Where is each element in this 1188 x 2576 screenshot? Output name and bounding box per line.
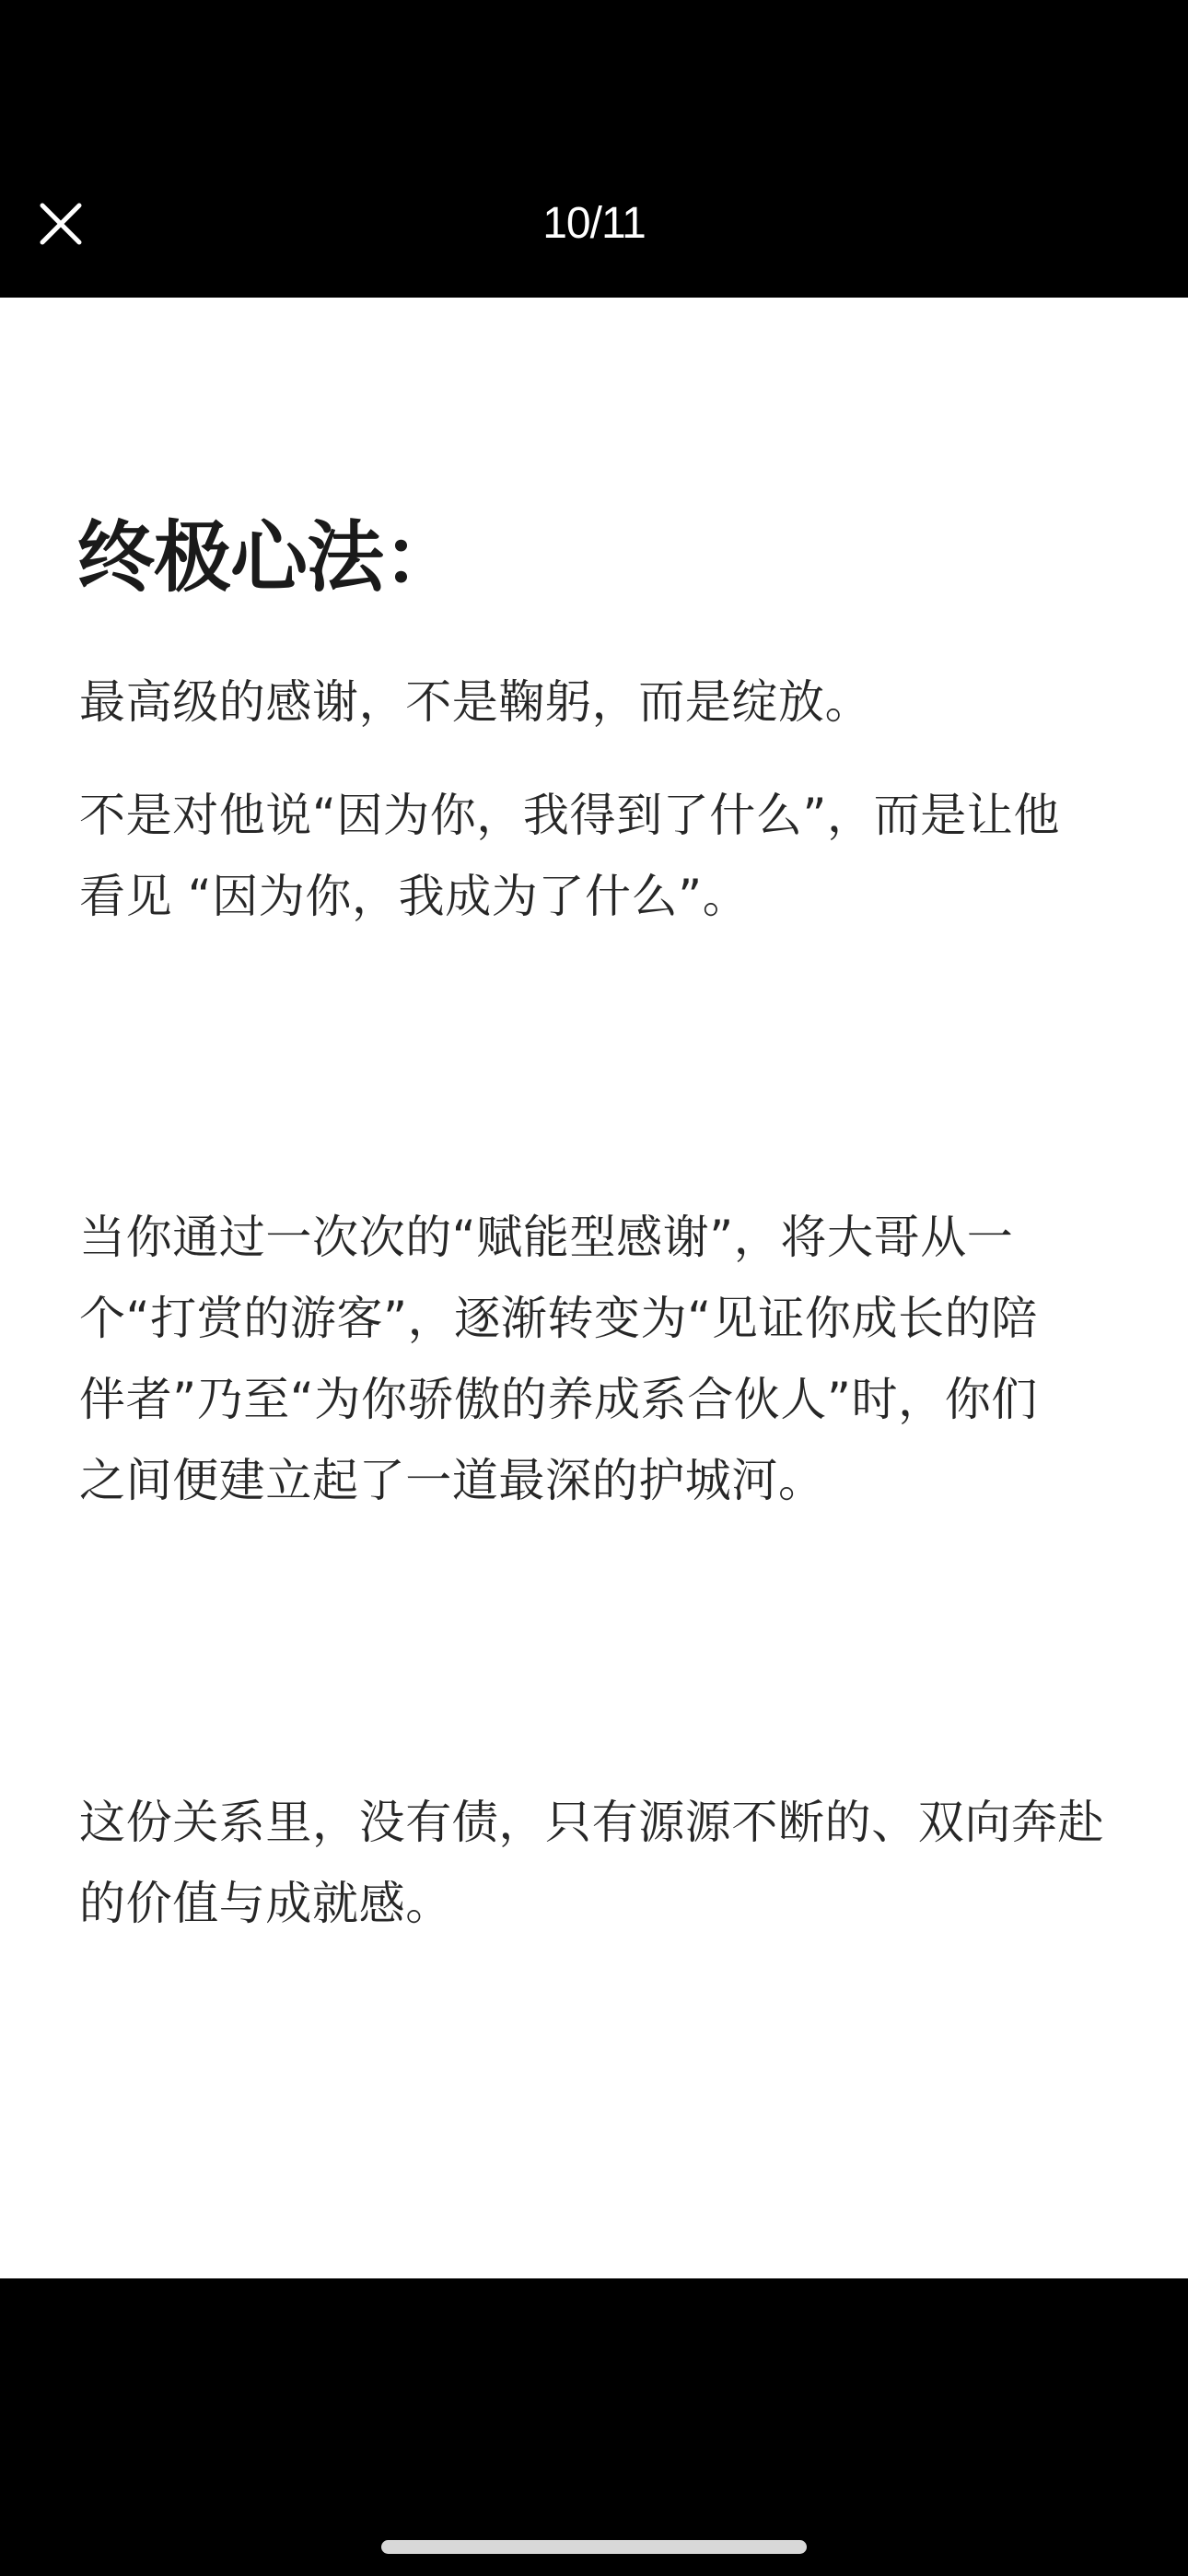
paragraph-1: 最高级的感谢，不是鞠躬，而是绽放。 <box>79 662 1114 743</box>
text-line: 不是对他说“因为你，我得到了什么”，而是让他 <box>79 775 1114 856</box>
text-line: 看见 “因为你，我成为了什么”。 <box>79 856 1114 937</box>
paragraph-4: 这份关系里，没有债，只有源源不断的、双向奔赴 的价值与成就感。 <box>79 1782 1114 1944</box>
text-line: 最高级的感谢，不是鞠躬，而是绽放。 <box>79 662 1114 743</box>
text-line: 之间便建立起了一道最深的护城河。 <box>79 1440 1114 1521</box>
viewer-top-bar: 10/11 <box>0 0 1188 298</box>
text-line: 当你通过一次次的“赋能型感谢”，将大哥从一 <box>79 1197 1114 1278</box>
paragraph-2: 不是对他说“因为你，我得到了什么”，而是让他 看见 “因为你，我成为了什么”。 <box>79 775 1114 937</box>
text-line: 的价值与成就感。 <box>79 1863 1114 1944</box>
paragraph-3: 当你通过一次次的“赋能型感谢”，将大哥从一 个“打赏的游客”，逐渐转变为“见证你… <box>79 1197 1114 1521</box>
home-indicator[interactable] <box>381 2540 807 2554</box>
viewer-bottom-bar <box>0 2278 1188 2576</box>
text-line: 伴者”乃至“为你骄傲的养成系合伙人”时，你们 <box>79 1359 1114 1440</box>
text-line: 这份关系里，没有债，只有源源不断的、双向奔赴 <box>79 1782 1114 1863</box>
page-heading: 终极心法： <box>77 511 460 603</box>
text-line: 个“打赏的游客”，逐渐转变为“见证你成长的陪 <box>79 1278 1114 1359</box>
page-content[interactable]: 终极心法： 最高级的感谢，不是鞠躬，而是绽放。 不是对他说“因为你，我得到了什么… <box>0 298 1188 2278</box>
page-counter: 10/11 <box>0 196 1188 252</box>
